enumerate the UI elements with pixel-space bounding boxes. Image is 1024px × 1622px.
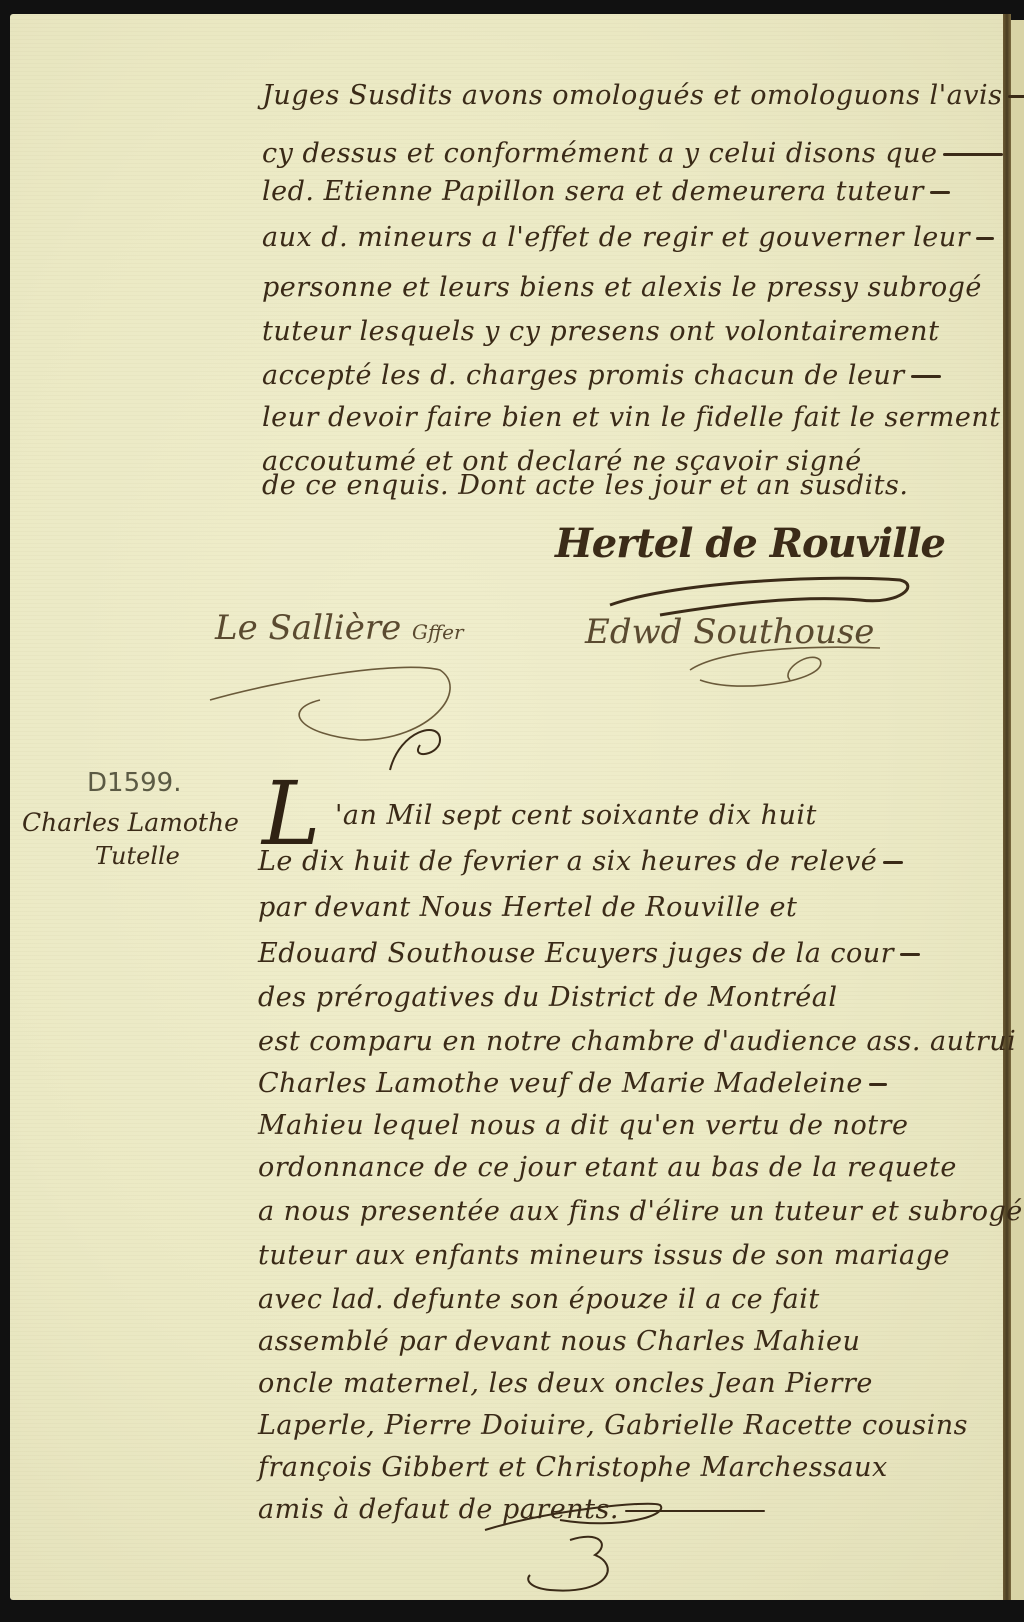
drop-cap: L [262,770,320,858]
text-line: tuteur aux enfants mineurs issus de son … [258,1240,950,1271]
text-line: Mahieu lequel nous a dit qu'en vertu de … [258,1110,908,1141]
text-line: Charles Lamothe veuf de Marie Madeleine [258,1068,887,1099]
text-line: Le dix huit de fevrier a six heures de r… [258,846,903,877]
text-line: par devant Nous Hertel de Rouville et [258,892,797,923]
text-line: Edouard Southouse Ecuyers juges de la co… [258,938,920,969]
margin-subject: Tutelle [95,842,180,870]
text-line: est comparu en notre chambre d'audience … [258,1026,1016,1057]
text-line: Juges Susdits avons omologués et omologu… [262,80,1024,111]
signature-flourish [600,560,920,620]
text-line: cy dessus et conformément a y celui diso… [262,138,1003,169]
closing-flourish [470,1490,690,1610]
text-line: ordonnance de ce jour etant au bas de la… [258,1152,957,1183]
page-edge [1011,20,1024,1600]
text-line: aux d. mineurs a l'effet de regir et gou… [262,222,994,253]
text-line: de ce enquis. Dont acte les jour et an s… [262,470,908,501]
text-line: 'an Mil sept cent soixante dix huit [335,800,817,831]
text-line: des prérogatives du District de Montréal [258,982,838,1013]
text-line: personne et leurs biens et alexis le pre… [262,272,982,303]
text-line: tuteur lesquels y cy presens ont volonta… [262,316,939,347]
text-line: oncle maternel, les deux oncles Jean Pie… [258,1368,873,1399]
text-line: led. Etienne Papillon sera et demeurera … [262,176,950,207]
book-binding [1003,14,1011,1600]
text-line: leur devoir faire bien et vin le fidelle… [262,402,1001,433]
drop-cap-flourish [380,720,460,780]
archive-reference: D1599. [87,768,181,798]
text-line: Laperle, Pierre Doiuire, Gabrielle Racet… [258,1410,968,1441]
text-line: françois Gibbert et Christophe Marchessa… [258,1452,888,1483]
signature-flourish [680,640,890,700]
text-line: assemblé par devant nous Charles Mahieu [258,1326,860,1357]
margin-name: Charles Lamothe [22,808,239,837]
text-line: accepté les d. charges promis chacun de … [262,360,941,391]
text-line: a nous presentée aux fins d'élire un tut… [258,1196,1023,1227]
text-line: avec lad. defunte son épouze il a ce fai… [258,1284,820,1315]
